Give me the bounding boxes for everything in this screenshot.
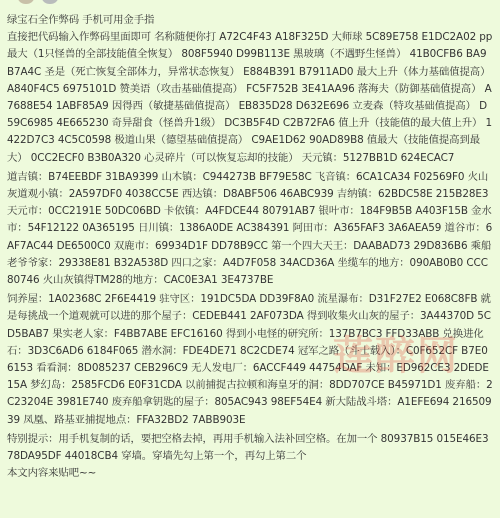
items-cheat-paragraph: 直接把代码输入作弊码里面即可 名称随便你打 A72C4F43 A18F325D … [7,29,493,167]
source-footer: 本文内容来贴吧~~ [7,465,493,482]
article-body: 绿宝石全作弊码 手机可用金手指 直接把代码输入作弊码里面即可 名称随便你打 A7… [7,12,493,482]
towns-cheat-paragraph: 道吉镇：B74EEBDF 31BA9399 山木镇：C944273B BF79E… [7,169,493,289]
article-title: 绿宝石全作弊码 手机可用金手指 [7,12,493,29]
places-cheat-paragraph: 饲养屋：1A02368C 2F6E4419 驻守区：191DC5DA DD39F… [7,291,493,429]
avatar-fragment [42,0,58,4]
tip-paragraph: 特别提示：用手机复制的话，要把空格去掉，再用手机输入法补回空格。在加一个 809… [7,431,493,465]
avatar-fragment [18,0,34,4]
